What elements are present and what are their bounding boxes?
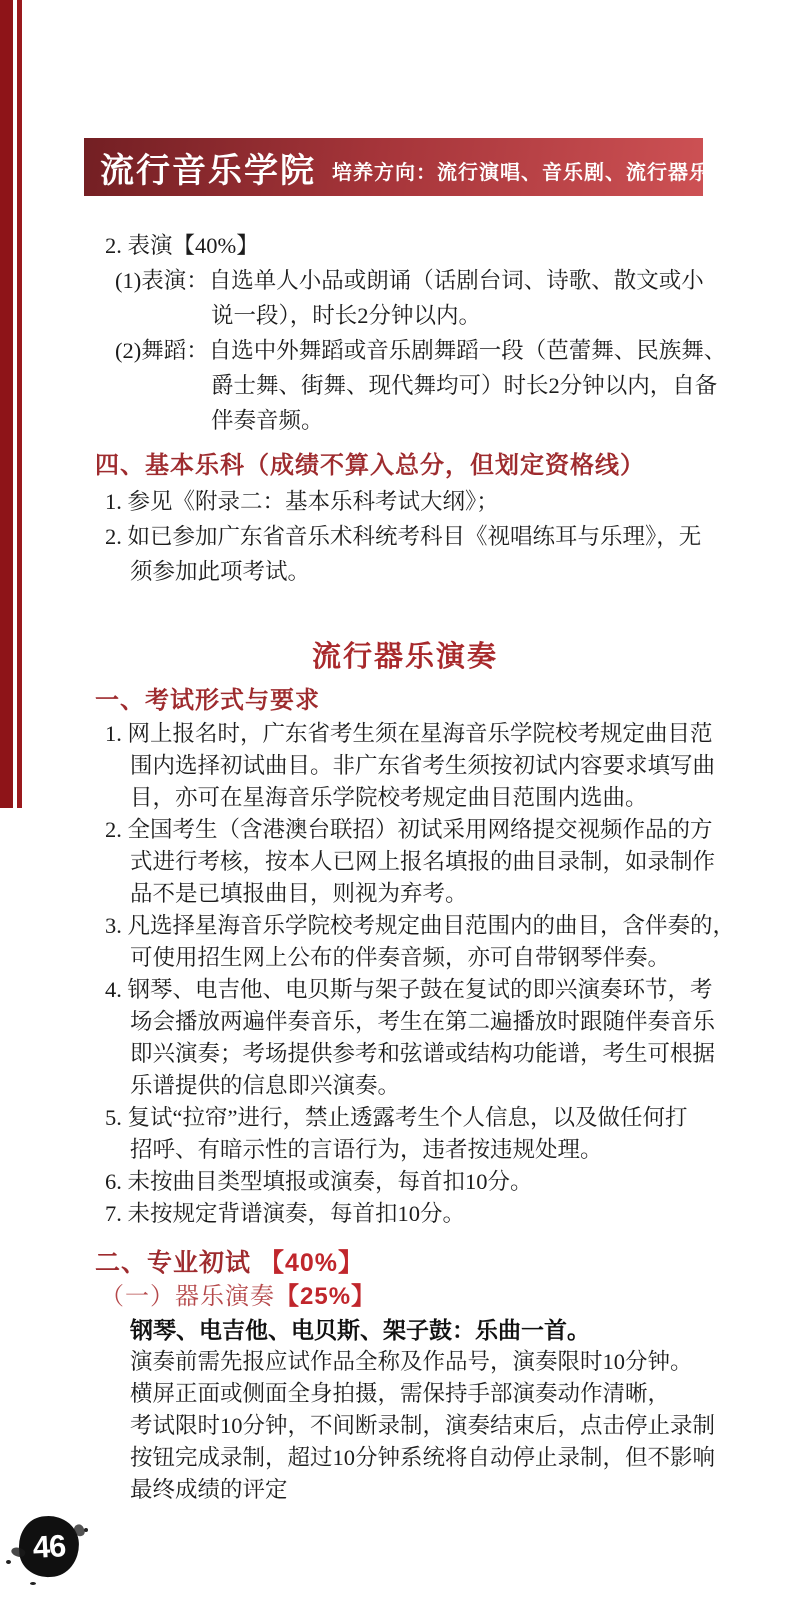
- department-title: 流行音乐学院: [100, 143, 316, 192]
- performance-item-dance: (2)舞蹈：自选中外舞蹈或音乐剧舞蹈一段（芭蕾舞、民族舞、 爵士舞、街舞、现代舞…: [115, 333, 760, 438]
- instrumental-subheading-text: （一）器乐演奏: [100, 1284, 275, 1310]
- list-item: 3. 凡选择星海音乐学院校考规定曲目范围内的曲目，含伴奏的， 可使用招生网上公布…: [105, 910, 760, 974]
- performance-item-acting: (1)表演：自选单人小品或朗诵（话剧台词、诗歌、散文或小 说一段），时长2分钟以…: [115, 263, 760, 333]
- instrumental-percentage: 【25%】: [275, 1283, 376, 1310]
- left-accent-bar-thick: [0, 0, 13, 808]
- chapter-title: 流行器乐演奏: [95, 634, 715, 675]
- list-item: 2. 如已参加广东省音乐术科统考科目《视唱练耳与乐理》，无 须参加此项考试。: [105, 519, 760, 589]
- list-item: 7. 未按规定背谱演奏，每首扣10分。: [105, 1198, 760, 1230]
- left-accent-bar-thin: [17, 0, 22, 808]
- page-number-badge: 46: [17, 1514, 80, 1578]
- preliminary-exam-section: 二、专业初试 【40%】 （一）器乐演奏【25%】 钢琴、电吉他、电贝斯、架子鼓…: [95, 1246, 760, 1506]
- ink-splatter: [84, 1528, 88, 1532]
- ink-splatter: [6, 1560, 11, 1564]
- instrument-requirement-line: 钢琴、电吉他、电贝斯、架子鼓：乐曲一首。: [130, 1314, 760, 1346]
- requirement-paragraph: 演奏前需先报应试作品全称及作品号，演奏限时10分钟。: [130, 1346, 760, 1378]
- basic-music-theory-section: 四、基本乐科（成绩不算入总分，但划定资格线） 1. 参见《附录二：基本乐科考试大…: [95, 448, 760, 589]
- list-item: 5. 复试“拉帘”进行，禁止透露考生个人信息，以及做任何打 招呼、有暗示性的言语…: [105, 1102, 760, 1166]
- requirement-paragraph: 考试限时10分钟，不间断录制，演奏结束后，点击停止录制 按钮完成录制，超过10分…: [130, 1410, 760, 1506]
- exam-format-heading: 一、考试形式与要求: [95, 684, 760, 718]
- list-item: 6. 未按曲目类型填报或演奏，每首扣10分。: [105, 1166, 760, 1198]
- basic-music-theory-heading: 四、基本乐科（成绩不算入总分，但划定资格线）: [95, 448, 760, 484]
- list-item: 1. 参见《附录二：基本乐科考试大纲》；: [105, 484, 760, 519]
- list-item: 1. 网上报名时，广东省考生须在星海音乐学院校考规定曲目范 围内选择初试曲目。非…: [105, 718, 760, 814]
- requirement-paragraph: 横屏正面或侧面全身拍摄，需保持手部演奏动作清晰，: [130, 1378, 760, 1410]
- page-number: 46: [32, 1528, 66, 1566]
- exam-format-section: 一、考试形式与要求 1. 网上报名时，广东省考生须在星海音乐学院校考规定曲目范 …: [95, 684, 760, 1230]
- preliminary-exam-percentage: 【40%】: [259, 1249, 364, 1277]
- preliminary-exam-heading: 二、专业初试 【40%】: [95, 1246, 760, 1280]
- performance-section: 2. 表演【40%】 (1)表演：自选单人小品或朗诵（话剧台词、诗歌、散文或小 …: [95, 228, 760, 438]
- list-item: 4. 钢琴、电吉他、电贝斯与架子鼓在复试的即兴演奏环节，考 场会播放两遍伴奏音乐…: [105, 974, 760, 1102]
- instrumental-subheading: （一）器乐演奏【25%】: [100, 1280, 760, 1314]
- department-header-banner: 流行音乐学院 培养方向：流行演唱、音乐剧、流行器乐演奏: [84, 138, 703, 196]
- preliminary-exam-heading-text: 二、专业初试: [95, 1249, 259, 1277]
- ink-splatter: [30, 1582, 36, 1585]
- list-item: 2. 全国考生（含港澳台联招）初试采用网络提交视频作品的方 式进行考核，按本人已…: [105, 814, 760, 910]
- department-subtitle: 培养方向：流行演唱、音乐剧、流行器乐演奏: [332, 156, 752, 185]
- performance-heading: 2. 表演【40%】: [105, 228, 760, 263]
